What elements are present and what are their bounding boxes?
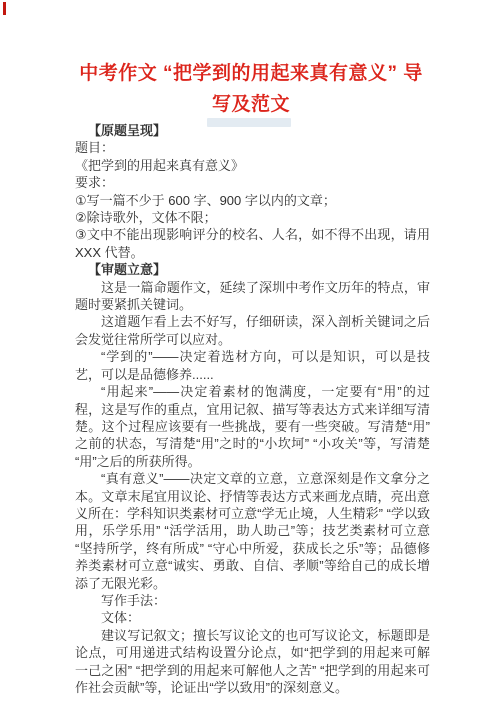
para-analysis-approach: 这道题乍看上去不好写，仔细研读，深入剖析关键词之后会发觉往常所学可以应对。 [75,313,430,348]
document-body: 【原题呈现】 题目： 《把学到的用起来真有意义》 要求： ①写一篇不少于 600… [75,122,430,696]
para-keyword-use: “用起来”——决定着素材的饱满度，一定要有“用”的过程，这是写作的重点，宜用记叙… [75,383,430,470]
para-keyword-learned: “学到的”——决定着选材方向，可以是知识，可以是技艺，可以是品德修养...... [75,348,430,383]
line-essay-title: 《把学到的用起来真有意义》 [75,157,430,174]
section-header-topic-analysis: 【审题立意】 [75,261,430,278]
line-writing-technique-label: 写作手法： [75,592,430,609]
para-analysis-overview: 这是一篇命题作文，延续了深圳中考作文历年的特点，审题时要紧抓关键词。 [75,279,430,314]
para-keyword-meaningful: “真有意义”——决定文章的立意，立意深刻是作文拿分之本。文章末尾宜用议论、抒情等… [75,470,430,592]
line-requirements-label: 要求： [75,174,430,191]
line-topic-label: 题目： [75,139,430,156]
document-page: 中考作文 “把学到的用起来真有意义” 导写及范文 【原题呈现】 题目： 《把学到… [0,0,500,707]
red-corner-mark [3,2,6,15]
para-genre-advice: 建议写记叙文；擅长写议论文的也可写议论文，标题即是论点，可用递进式结构设置分论点… [75,627,430,697]
highlight-artifact [207,118,291,127]
requirement-item-3: ③文中不能出现影响评分的校名、人名，如不得不出现，请用 XXX 代替。 [75,226,430,261]
line-genre-label: 文体： [75,609,430,626]
requirement-item-2: ②除诗歌外，文体不限； [75,209,430,226]
document-title: 中考作文 “把学到的用起来真有意义” 导写及范文 [72,58,430,120]
requirement-item-1: ①写一篇不少于 600 字、900 字以内的文章； [75,192,430,209]
